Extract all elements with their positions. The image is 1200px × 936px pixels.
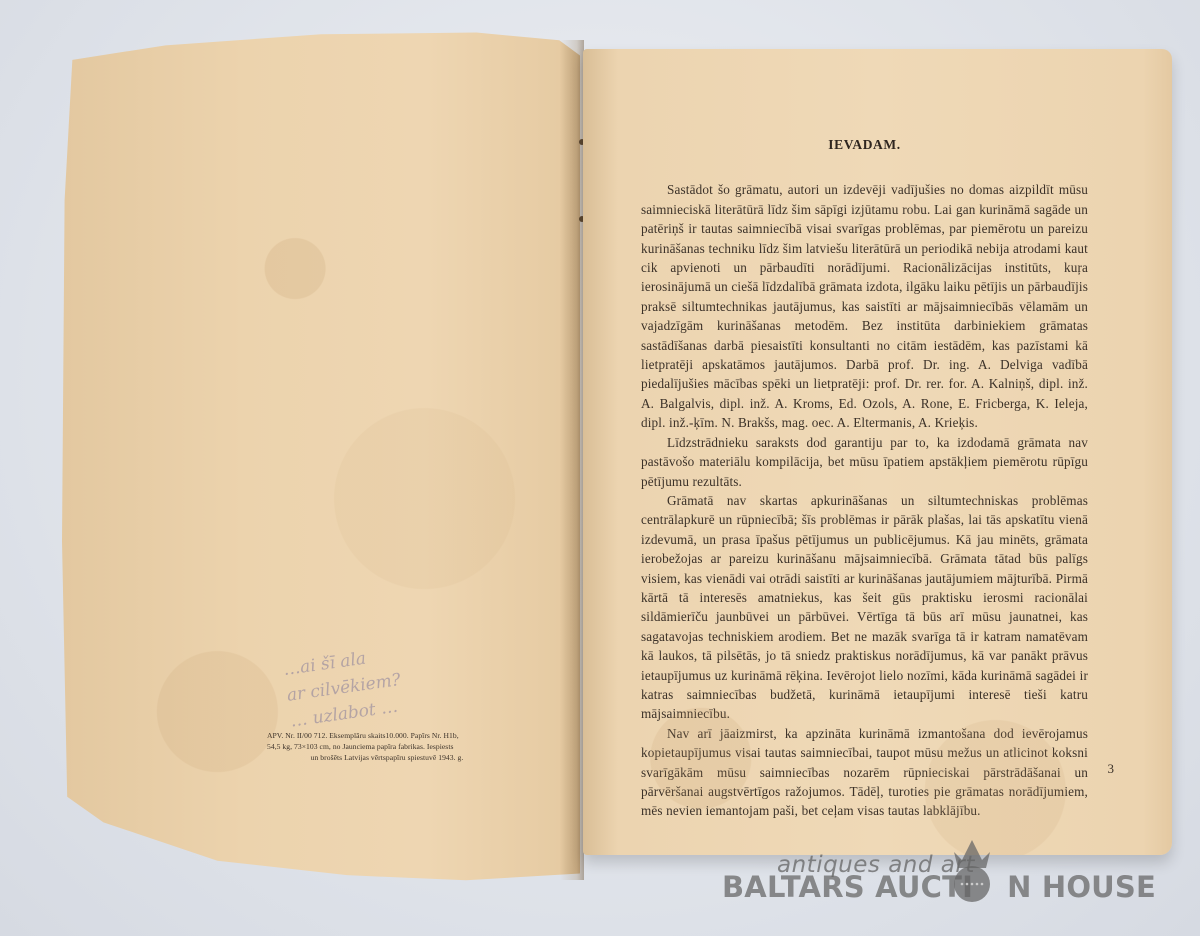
handwriting-line: … uzlabot … <box>289 685 461 734</box>
book-gutter <box>560 40 584 880</box>
paragraph: Nav arī jāaizmirst, ka apzināta kurināmā… <box>641 724 1088 821</box>
auction-house-watermark: antiques and art BALTARS AUCTIN HOUSE <box>722 840 1122 910</box>
handwritten-note: …ai šī ala ar cilvēkiem? … uzlabot … <box>282 634 463 747</box>
paragraph: Grāmatā nav skartas apkurināšanas un sil… <box>641 491 1088 724</box>
handwriting-line: ar cilvēkiem? <box>285 659 457 708</box>
imprint-line: APV. Nr. II/00 712. Eksemplāru skaits10.… <box>267 730 507 741</box>
crown-logo-icon <box>950 838 994 904</box>
watermark-name: BALTARS AUCTIN HOUSE <box>722 870 1156 904</box>
watermark-name-part: N HOUSE <box>1007 870 1156 904</box>
page-title: IEVADAM. <box>641 135 1088 154</box>
imprint-line: un brošēts Latvijas vērtspapīru spiestuv… <box>267 752 507 763</box>
paragraph: Līdzstrādnieku saraksts dod garantiju pa… <box>641 433 1088 491</box>
paragraph: Sastādot šo grāmatu, autori un izdevēji … <box>641 180 1088 432</box>
right-page: IEVADAM. Sastādot šo grāmatu, autori un … <box>583 49 1172 855</box>
page-number: 3 <box>1108 761 1115 777</box>
page-content: IEVADAM. Sastādot šo grāmatu, autori un … <box>641 135 1088 821</box>
watermark-name-part: BALTARS AUCTI <box>722 870 973 904</box>
printing-imprint: APV. Nr. II/00 712. Eksemplāru skaits10.… <box>267 730 507 763</box>
left-page: …ai šī ala ar cilvēkiem? … uzlabot … APV… <box>62 30 580 882</box>
imprint-line: 54,5 kg, 73×103 cm, no Jaunciema papīra … <box>267 741 507 752</box>
handwriting-line: …ai šī ala <box>282 634 454 683</box>
